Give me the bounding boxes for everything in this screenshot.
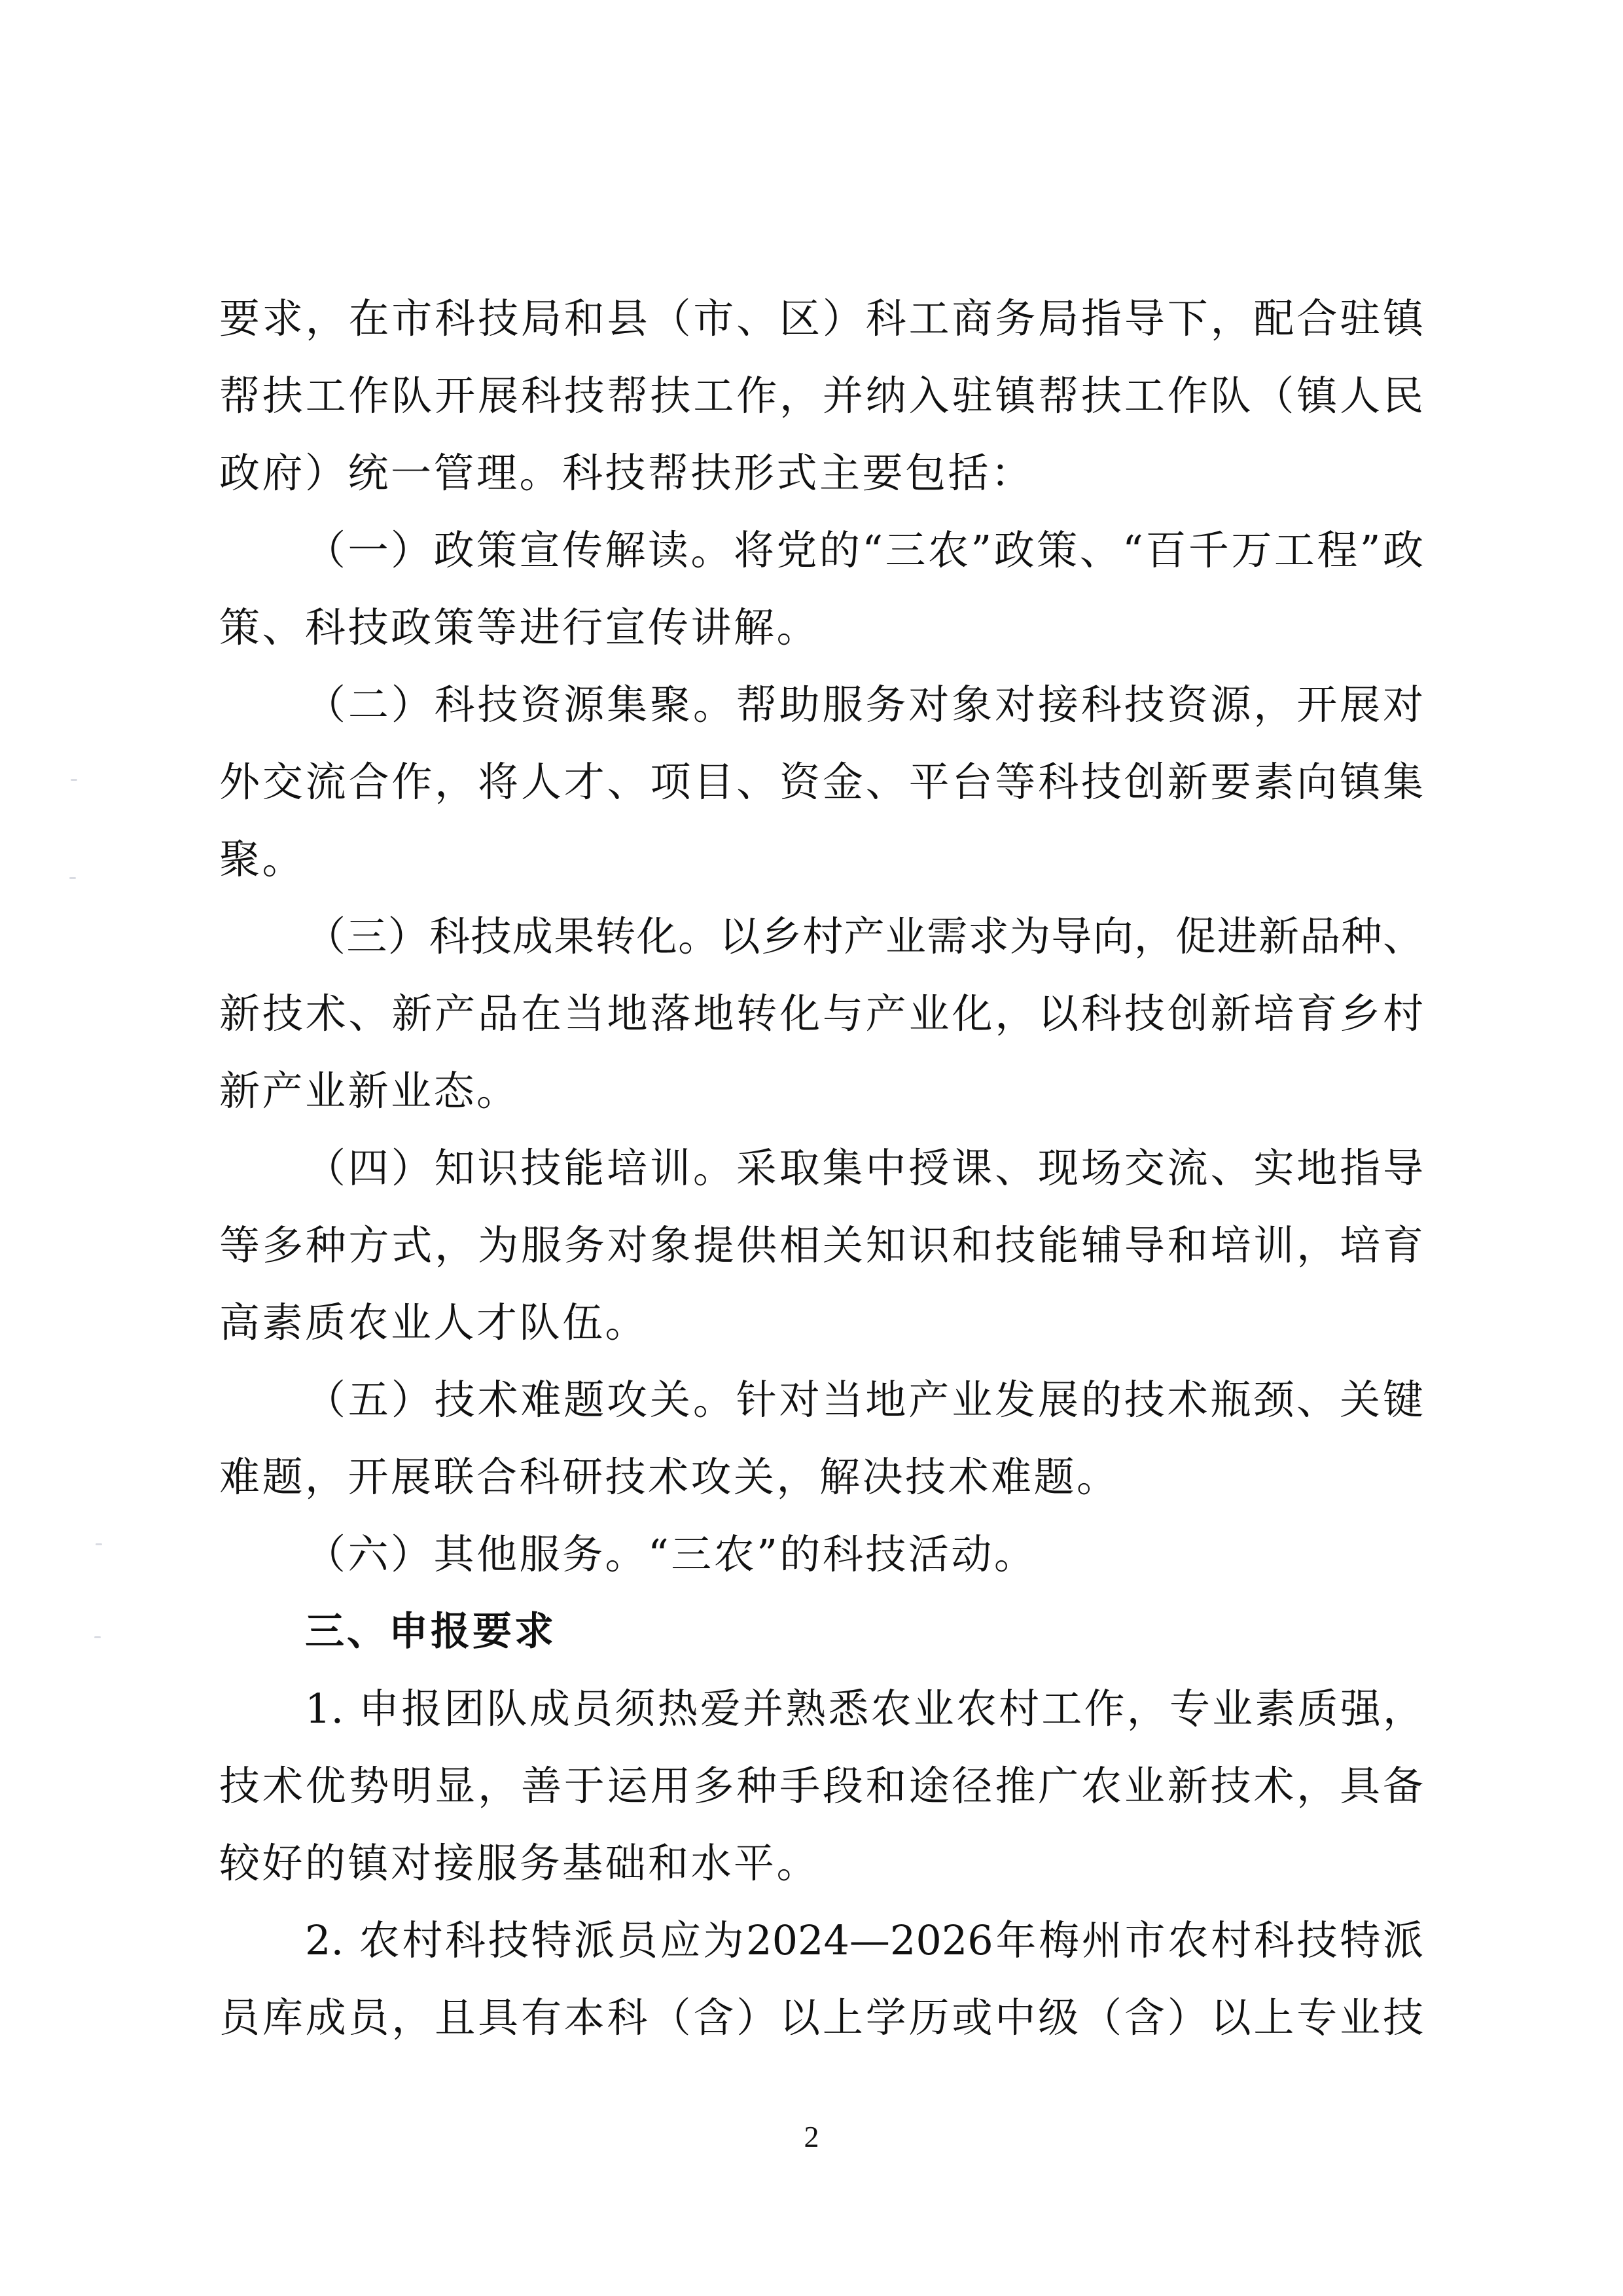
page-number: 2	[0, 2119, 1623, 2154]
text-line: 帮扶工作队开展科技帮扶工作，并纳入驻镇帮扶工作队（镇人民	[219, 357, 1423, 435]
paragraph-continuation: 要求，在市科技局和县（市、区）科工商务局指导下，配合驻镇 帮扶工作队开展科技帮扶…	[219, 280, 1423, 512]
item-achievement-transfer: （三）科技成果转化。以乡村产业需求为导向，促进新品种、 新技术、新产品在当地落地…	[219, 898, 1423, 1130]
heading-text: 三、申报要求	[219, 1593, 1423, 1670]
section-heading: 三、申报要求	[219, 1593, 1423, 1670]
text-line: 较好的镇对接服务基础和水平。	[219, 1825, 1423, 1902]
scan-mark	[96, 1543, 102, 1545]
text-line: 新技术、新产品在当地落地转化与产业化，以科技创新培育乡村	[219, 975, 1423, 1052]
text-line: 员库成员，且具有本科（含）以上学历或中级（含）以上专业技	[219, 1979, 1423, 2056]
item-policy-promotion: （一）政策宣传解读。将党的“三农”政策、“百千万工程”政 策、科技政策等进行宣传…	[219, 512, 1423, 666]
text-line: 难题，开展联合科研技术攻关，解决技术难题。	[219, 1439, 1423, 1516]
text-line: 政府）统一管理。科技帮扶形式主要包括：	[219, 435, 1423, 512]
text-line: 高素质农业人才队伍。	[219, 1284, 1423, 1361]
item-technical-problems: （五）技术难题攻关。针对当地产业发展的技术瓶颈、关键 难题，开展联合科研技术攻关…	[219, 1361, 1423, 1516]
text-line: （五）技术难题攻关。针对当地产业发展的技术瓶颈、关键	[219, 1361, 1423, 1439]
text-line: 1. 申报团队成员须热爱并熟悉农业农村工作，专业素质强，	[219, 1670, 1423, 1748]
text-line: 新产业新业态。	[219, 1052, 1423, 1130]
text-line: （二）科技资源集聚。帮助服务对象对接科技资源，开展对	[219, 666, 1423, 744]
document-page: 要求，在市科技局和县（市、区）科工商务局指导下，配合驻镇 帮扶工作队开展科技帮扶…	[0, 0, 1623, 2296]
requirement-2: 2. 农村科技特派员应为2024—2026年梅州市农村科技特派 员库成员，且具有…	[219, 1902, 1423, 2056]
document-body: 要求，在市科技局和县（市、区）科工商务局指导下，配合驻镇 帮扶工作队开展科技帮扶…	[219, 280, 1423, 2056]
text-line: 等多种方式，为服务对象提供相关知识和技能辅导和培训，培育	[219, 1207, 1423, 1284]
item-other-services: （六）其他服务。“三农”的科技活动。	[219, 1516, 1423, 1593]
scan-mark	[69, 877, 76, 879]
scan-mark	[71, 779, 77, 781]
text-line: 外交流合作，将人才、项目、资金、平台等科技创新要素向镇集	[219, 744, 1423, 821]
text-line: （一）政策宣传解读。将党的“三农”政策、“百千万工程”政	[219, 512, 1423, 589]
text-line: 要求，在市科技局和县（市、区）科工商务局指导下，配合驻镇	[219, 280, 1423, 357]
text-line: （四）知识技能培训。采取集中授课、现场交流、实地指导	[219, 1130, 1423, 1207]
text-line: （六）其他服务。“三农”的科技活动。	[219, 1516, 1423, 1593]
text-line: 聚。	[219, 821, 1423, 898]
item-skills-training: （四）知识技能培训。采取集中授课、现场交流、实地指导 等多种方式，为服务对象提供…	[219, 1130, 1423, 1361]
requirement-1: 1. 申报团队成员须热爱并熟悉农业农村工作，专业素质强， 技术优势明显，善于运用…	[219, 1670, 1423, 1902]
text-line: 策、科技政策等进行宣传讲解。	[219, 589, 1423, 666]
text-line: （三）科技成果转化。以乡村产业需求为导向，促进新品种、	[219, 898, 1423, 975]
text-line: 技术优势明显，善于运用多种手段和途径推广农业新技术，具备	[219, 1748, 1423, 1825]
item-resource-aggregation: （二）科技资源集聚。帮助服务对象对接科技资源，开展对 外交流合作，将人才、项目、…	[219, 666, 1423, 898]
text-line: 2. 农村科技特派员应为2024—2026年梅州市农村科技特派	[219, 1902, 1423, 1979]
scan-mark	[94, 1636, 101, 1638]
